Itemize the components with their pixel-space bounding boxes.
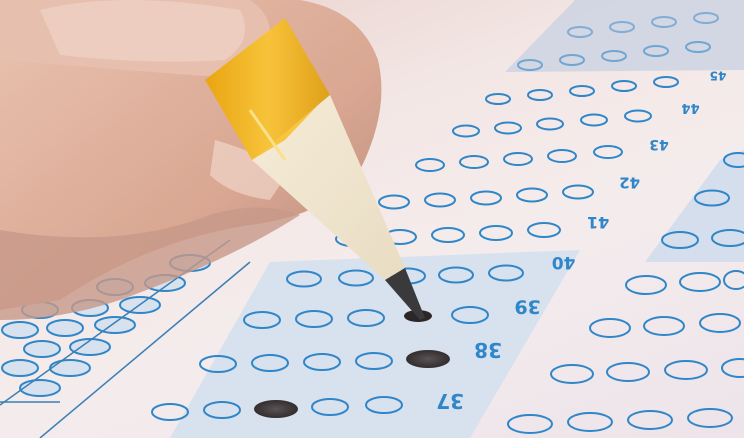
filled-bubble-37-c [254,400,298,418]
question-number-39: 39 [514,296,540,318]
question-number-38: 38 [474,338,502,362]
question-number-43: 43 [649,136,668,152]
question-number-44: 44 [682,100,700,115]
answer-sheet-photo: 373839404142434445 [0,0,744,438]
filled-bubble-38-a [406,350,450,368]
question-number-45: 45 [710,69,727,83]
question-number-41: 41 [587,213,609,232]
question-number-42: 42 [619,174,640,192]
question-number-37: 37 [436,389,464,413]
photo-illustration: 373839404142434445 [0,0,744,438]
question-number-40: 40 [552,252,576,272]
